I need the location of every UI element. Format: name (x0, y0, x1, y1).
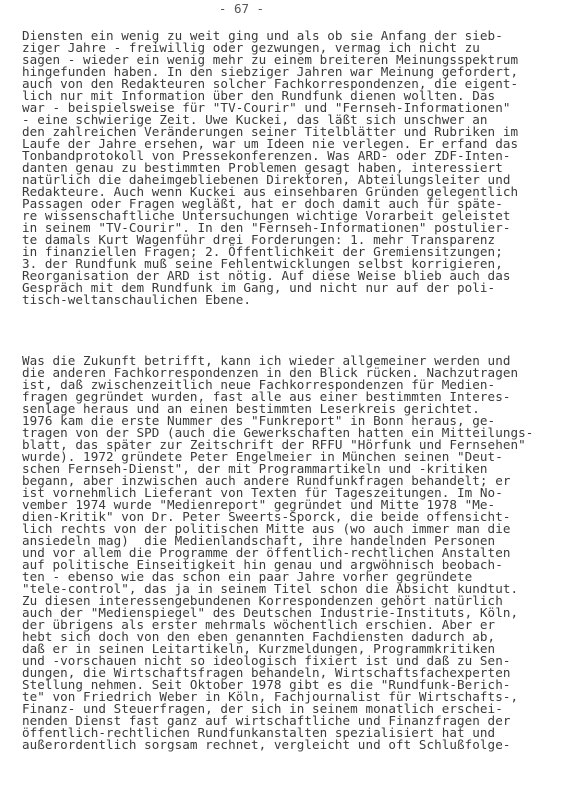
text-line: außerordentlich sorgsam rechnet, verglei… (22, 739, 562, 751)
page-number: - 67 - (0, 2, 483, 16)
text-line: tisch-weltanschaulichen Ebene. (22, 294, 562, 306)
paragraph-2: Was die Zukunft betrifft, kann ich wiede… (22, 355, 562, 751)
paragraph-1: Diensten ein wenig zu weit ging und als … (22, 30, 562, 306)
